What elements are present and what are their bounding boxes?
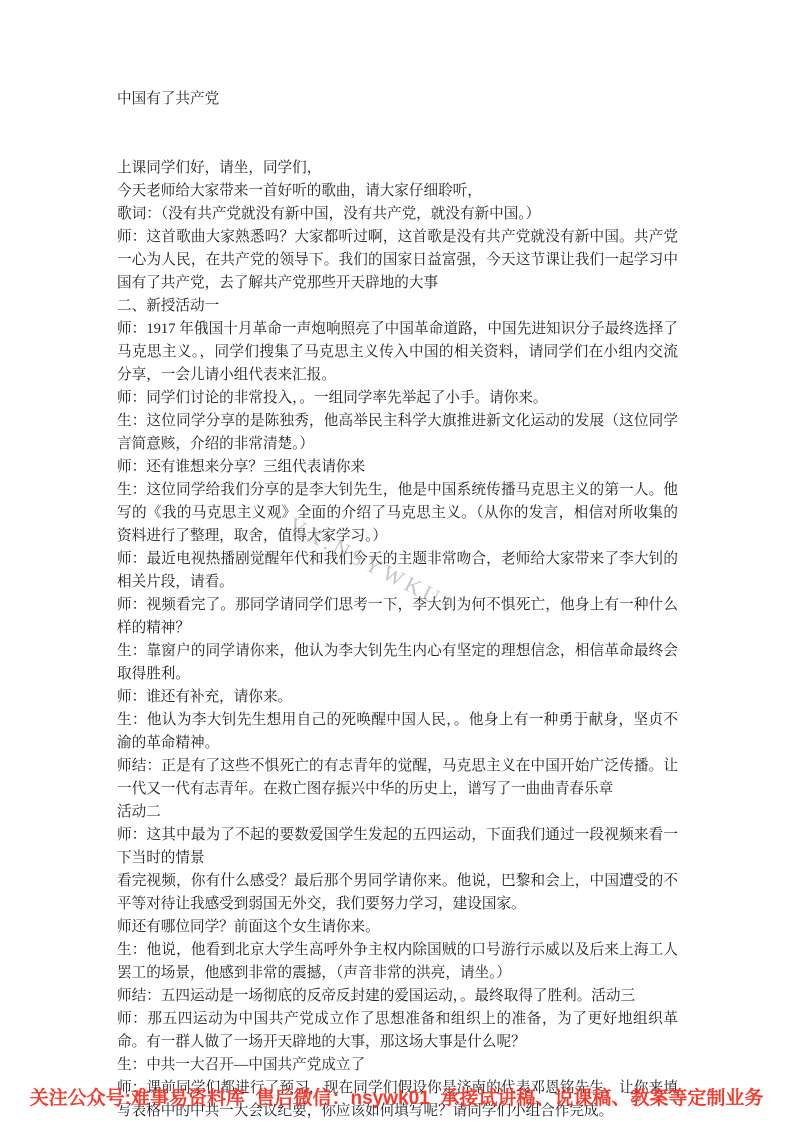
section-heading: 二、新授活动一 [117,295,678,318]
paragraph: 生：中共一大召开—中国共产党成立了 [117,1054,678,1077]
paragraph: 师结：正是有了这些不惧死亡的有志青年的觉醒，马克思主义在中国开始广泛传播。让一代… [117,755,678,801]
document-title: 中国有了共产党 [117,88,678,111]
paragraph: 师：这其中最为了不起的要数爱国学生发起的五四运动，下面我们通过一段视频来看一下当… [117,824,678,870]
paragraph: 生：靠窗户的同学请你来，他认为李大钊先生内心有坚定的理想信念，相信革命最终会取得… [117,640,678,686]
paragraph: 上课同学们好，请坐，同学们， [117,157,678,180]
paragraph: 生：他说，他看到北京大学生高呼外争主权内除国贼的口号游行示威以及后来上海工人罢工… [117,939,678,985]
paragraph: 师：最近电视热播剧觉醒年代和我们今天的主题非常吻合，老师给大家带来了李大钊的相关… [117,548,678,594]
paragraph: 师：谁还有补充，请你来。 [117,686,678,709]
paragraph: 看完视频，你有什么感受？最后那个男同学请你来。他说，巴黎和会上，中国遭受的不平等… [117,870,678,916]
document-body: 中国有了共产党 上课同学们好，请坐，同学们， 今天老师给大家带来一首好听的歌曲，… [117,88,678,1122]
paragraph: 师：那五四运动为中国共产党成立作了思想准备和组织上的准备，为了更好地组织革命。有… [117,1008,678,1054]
paragraph: 歌词：（没有共产党就没有新中国，没有共产党，就没有新中国。） [117,203,678,226]
paragraph: 师：还有谁想来分享？三组代表请你来 [117,456,678,479]
paragraph: 生：这位同学给我们分享的是李大钊先生，他是中国系统传播马克思主义的第一人。他写的… [117,479,678,548]
paragraph: 师：视频看完了。那同学请同学们思考一下，李大钊为何不惧死亡，他身上有一种什么样的… [117,594,678,640]
paragraph: 师：这首歌曲大家熟悉吗？大家都听过啊，这首歌是没有共产党就没有新中国。共产党一心… [117,226,678,295]
section-heading: 活动二 [117,801,678,824]
paragraph: 生：他认为李大钊先生想用自己的死唤醒中国人民，。他身上有一种勇于献身，坚贞不渝的… [117,709,678,755]
footer-banner: 关注公众号:难事易资料库 售后微信：nsywk01 承接试讲稿、说课稿、教案等定… [0,1084,793,1114]
blank-line [117,134,678,157]
paragraph: 师结：五四运动是一场彻底的反帝反封建的爱国运动，。最终取得了胜利。活动三 [117,985,678,1008]
paragraph: 生：这位同学分享的是陈独秀，他高举民主科学大旗推进新文化运动的发展（这位同学言简… [117,410,678,456]
blank-line [117,111,678,134]
document-page: 中国有了共产党 上课同学们好，请坐，同学们， 今天老师给大家带来一首好听的歌曲，… [0,0,793,1122]
paragraph: 师：同学们讨论的非常投入，。一组同学率先举起了小手。请你来。 [117,387,678,410]
paragraph: 师：1917 年俄国十月革命一声炮响照亮了中国革命道路，中国先进知识分子最终选择… [117,318,678,387]
paragraph: 今天老师给大家带来一首好听的歌曲，请大家仔细聆听， [117,180,678,203]
paragraph: 师还有哪位同学？前面这个女生请你来。 [117,916,678,939]
